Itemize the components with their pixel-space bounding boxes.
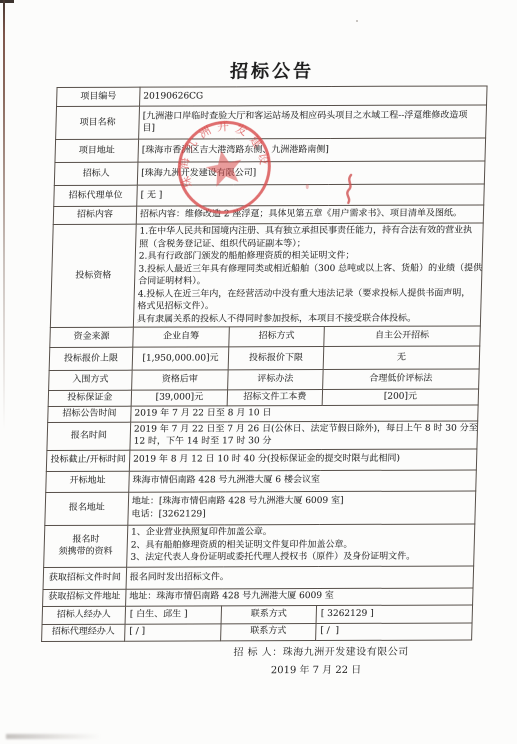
table-row: 开标地址 珠海市情侣南路 428 号九洲港大厦 6 楼会议室 [46,469,477,492]
row-value: [1,950,000.00]元 [132,347,229,370]
scan-speck [356,20,358,22]
row-value: 2019 年 8 月 12 日 10 时 40 分(投标保证金的提交时限与此相同… [129,448,477,470]
table-row: 投标截止/开标时间 2019 年 8 月 12 日 10 时 40 分(投标保证… [46,448,477,471]
row-label: 资金来源 [50,327,134,347]
star-icon [204,147,246,188]
table-row: 报名地址 地址：[珠海市情侣南路 428 号九洲港大厦 6009 室] 电话：[… [45,490,476,525]
row-label: 入围方式 [49,370,133,390]
table-row: 招标人经办人 [ 白生、邱生 ] 联系方式 [ 3262129 ] [42,604,473,624]
page-title: 招标公告 [57,56,488,84]
row-value: 珠海市情侣南路 428 号九洲港大厦 6 楼会议室 [129,469,477,491]
row-value: [39,000]元 [131,390,227,406]
table-row: 资金来源 企业自筹 招标方式 自主公开招标 [50,326,481,348]
row-label: 投标截止/开标时间 [46,450,130,471]
row-label: 报名地址 [45,492,129,525]
scan-smudge [6,734,101,739]
row-value: 2019 年 7 月 22 日至 8 月 10 日 [131,405,478,422]
row-value: 20190626CG [140,86,488,106]
table-row: 报名时 须携带的资料 1、企业营业执照复印件加盖公章。 2、具有船舶修理资质的相… [44,523,475,567]
row-label: 投标保证金 [48,390,131,406]
row-value: 企业自筹 [133,327,230,347]
row-label: 报名时间 [47,422,131,450]
row-value: 报名同时发出招标文件。 [126,565,474,588]
row-value: 资格后审 [132,370,229,390]
row-label: 投标报价下限 [228,347,324,370]
row-value: 2019 年 7 月 22 日至 7 月 26 日(公休日、法定节假日除外)，每… [130,420,478,449]
table-row: 获取招标文件时间 报名同时发出招标文件。 [43,565,474,589]
row-label: 联系方式 [221,605,317,623]
row-label: 招标代理经办人 [42,624,125,641]
row-label: 招标人 [54,162,138,185]
table-row: 投标资格 1.在中华人民共和国境内注册、具有独立承担民事责任能力，持有合法有效的… [50,223,483,328]
row-label: 项目编号 [57,87,141,106]
row-label: 招标人经办人 [42,606,126,624]
row-value: 合理低价评标法 [323,369,480,390]
row-label: 招标内容 [53,206,137,224]
row-label: 联系方式 [221,623,316,640]
row-label: 获取招标文件时间 [43,567,127,589]
row-value: [200]元 [322,389,478,406]
scan-edge-artifact [3,0,5,430]
row-value: 地址：珠海市情侣南路 428 号九洲港大厦 6009 室 [126,587,473,605]
scanned-content: 招标公告 项目编号 20190626CG 项目名称 [九洲港口岸临时查验大厅和客… [0,0,517,744]
row-value: [ / ] [316,622,472,640]
company-seal-stamp: 珠海九洲开发建设有限公司 [149,90,300,245]
table-row: 投标保证金 [39,000]元 招标文件工本费 [200]元 [48,389,478,407]
row-label: 招标文件工本费 [227,390,322,406]
row-label: 获取招标文件地址 [43,589,126,606]
table-row: 报名时间 2019 年 7 月 22 日至 7 月 26 日(公休日、法定节假日… [47,420,478,450]
row-label: 投标报价上限 [49,347,133,370]
table-row: 获取招标文件地址 地址：珠海市情侣南路 428 号九洲港大厦 6009 室 [43,587,473,606]
row-label: 招标公告时间 [48,406,131,422]
row-label: 项目地址 [55,139,139,162]
red-ink-mark [341,173,358,205]
row-value: 自主公开招标 [324,326,481,347]
row-label: 招标代理单位 [54,185,138,206]
tender-date: 2019 年 7 月 22 日 [40,661,470,678]
row-label: 项目名称 [56,106,140,139]
table-row: 招标代理经办人 [ / ] 联系方式 [ / ] [42,622,472,641]
row-label: 报名时 须携带的资料 [44,525,128,567]
row-label: 投标资格 [50,224,136,327]
table-row: 投标报价上限 [1,950,000.00]元 投标报价下限 无 [49,346,480,371]
row-label: 评标办法 [228,370,324,390]
row-value: [ 3262129 ] [316,604,473,623]
row-value: 1、企业营业执照复印件加盖公章。 2、具有船舶修理资质的相关证明文件复印件加盖公… [127,523,475,566]
row-value: [ 白生、邱生 ] [125,605,222,623]
bidder-signature: 招 标 人：珠海九洲开发建设有限公司 [41,642,471,659]
document-page: 招标公告 项目编号 20190626CG 项目名称 [九洲港口岸临时查验大厅和客… [0,0,517,744]
row-label: 开标地址 [46,471,130,492]
table-row: 招标公告时间 2019 年 7 月 22 日至 8 月 10 日 [48,405,478,422]
signature-block: 招 标 人：珠海九洲开发建设有限公司 2019 年 7 月 22 日 [40,642,471,677]
row-value: 地址：[珠海市情侣南路 428 号九洲港大厦 6009 室] 电话：[32621… [128,490,476,524]
row-label: 招标方式 [229,327,325,347]
row-value: [ / ] [125,623,221,640]
table-row: 入围方式 资格后审 评标办法 合理低价评标法 [49,369,480,391]
row-value: 无 [323,346,480,370]
